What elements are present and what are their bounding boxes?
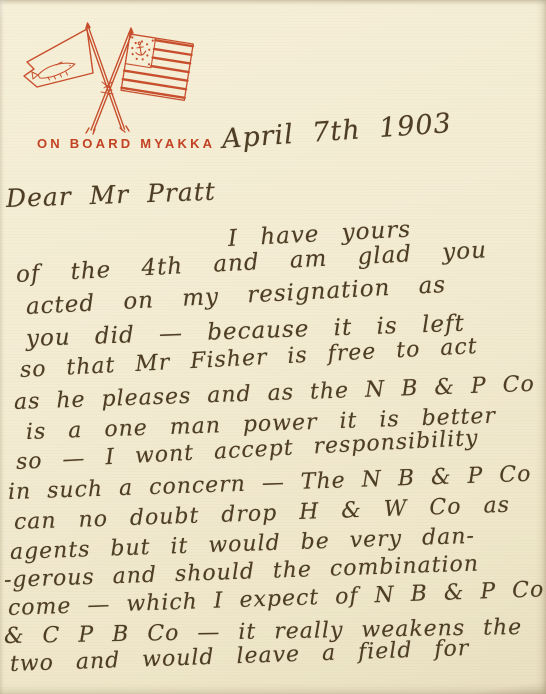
flag-poles [86,23,133,134]
letterhead-caption: ON BOARD MYAKKA [37,136,215,151]
letter-scan: ON BOARD MYAKKA April 7th 1903 Dear Mr P… [0,0,546,694]
date-line: April 7th 1903 [221,108,453,155]
salutation-line: Dear Mr Pratt [5,177,216,213]
letterhead-flags-icon [18,12,223,144]
ensign-flag-icon [121,34,193,100]
burgee-flag-icon [24,29,93,87]
